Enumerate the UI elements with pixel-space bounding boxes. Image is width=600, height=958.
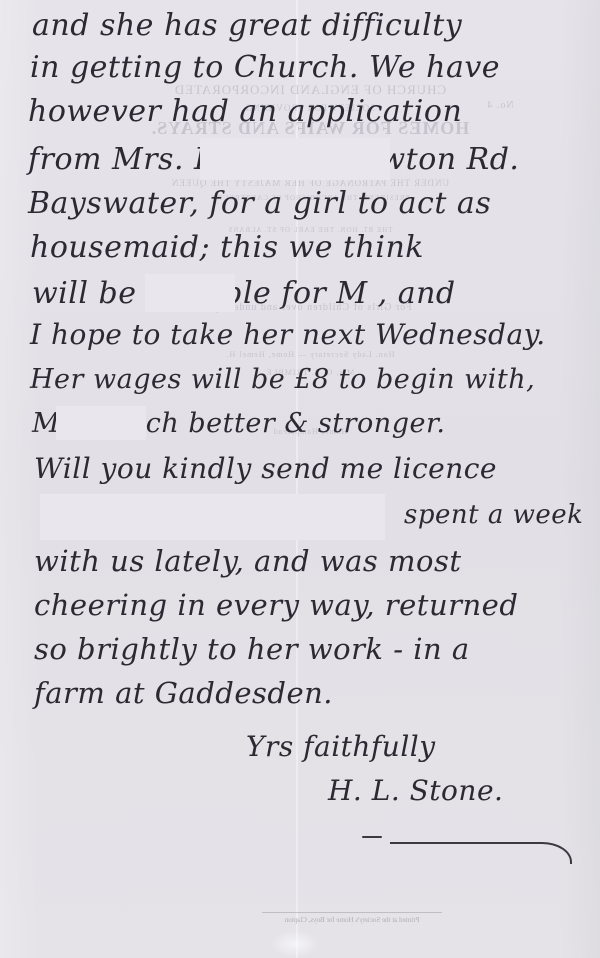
letter-line: farm at Gaddesden. xyxy=(34,676,333,710)
letter-line: will be suitable for M , and xyxy=(32,276,456,311)
signature-dash xyxy=(362,836,382,838)
closing-text: Yrs faithfully xyxy=(246,730,436,763)
paper-crease xyxy=(270,930,320,958)
letter-line: and she has great difficulty xyxy=(32,8,462,43)
letter-line: in getting to Church. We have xyxy=(30,50,500,85)
letter-line: with us lately, and was most xyxy=(34,544,462,578)
letter-line: spent a week xyxy=(404,500,583,530)
letter-line: Will you kindly send me licence xyxy=(34,452,497,485)
redaction-block xyxy=(200,138,390,180)
letter-line: housemaid; this we think xyxy=(30,230,424,265)
letter-line: so brightly to her work - in a xyxy=(34,632,470,666)
show-through-text: No. 4 xyxy=(460,100,540,111)
letter-line: I hope to take her next Wednesday. xyxy=(30,318,546,351)
show-through-text: Hon. Lady Secretary — Home, Hemel H. xyxy=(150,350,470,359)
letter-line: cheering in every way, returned xyxy=(34,588,518,622)
footer-rule xyxy=(262,912,442,913)
redaction-block xyxy=(40,494,385,540)
signature: H. L. Stone. xyxy=(328,774,503,807)
redaction-block xyxy=(56,406,146,440)
letter-line: Bayswater, for a girl to act as xyxy=(28,186,491,221)
signature-flourish xyxy=(390,842,572,864)
redaction-block xyxy=(145,274,235,312)
letter-line: however had an application xyxy=(28,94,462,129)
letter-line: Her wages will be £8 to begin with, xyxy=(30,364,535,395)
footer-print-text: Printed at the Society's Home for Boys, … xyxy=(262,916,442,924)
